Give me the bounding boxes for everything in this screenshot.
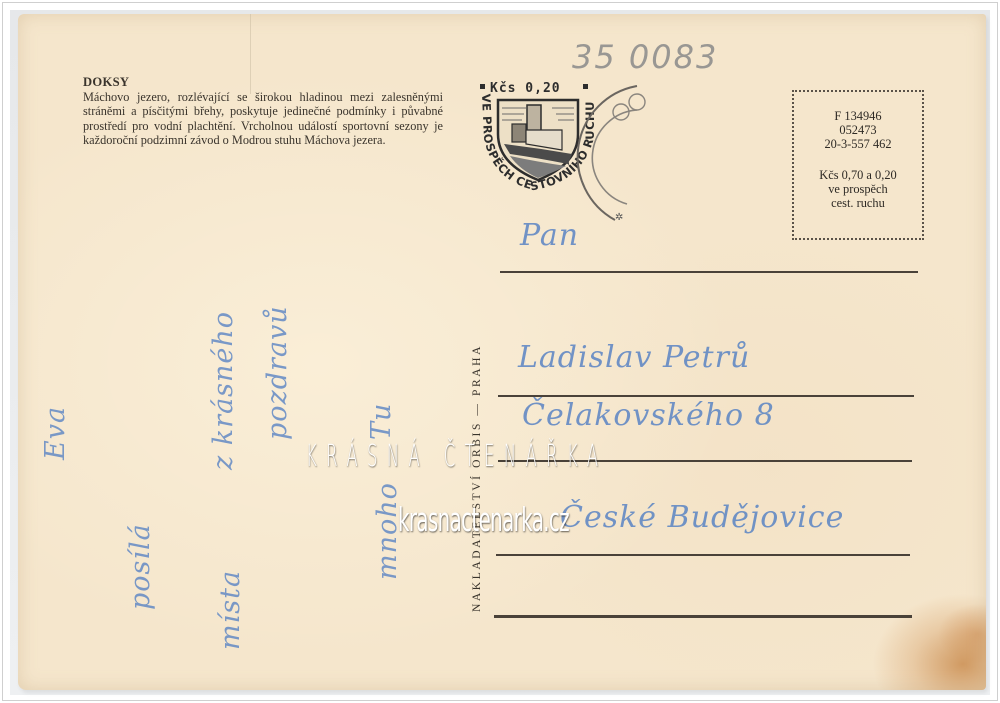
address-line (498, 395, 914, 397)
info-price-line: ve prospěch (794, 182, 922, 196)
info-codes: F 134946 052473 20-3-557 462 (794, 109, 922, 151)
info-price: Kčs 0,70 a 0,20 ve prospěch cest. ruchu (794, 168, 922, 210)
info-code-f: F 134946 (794, 109, 922, 123)
info-code-number: 052473 (794, 123, 922, 137)
info-price-line: Kčs 0,70 a 0,20 (794, 168, 922, 182)
handwritten-address-line: České Budějovice (560, 500, 844, 535)
handwritten-message-line: posílá (125, 523, 156, 610)
description-text: Máchovo jezero, rozlévající se širokou h… (83, 90, 443, 148)
info-code-series: 20-3-557 462 (794, 137, 922, 151)
handwritten-address-line: Ladislav Petrů (518, 340, 750, 375)
handwritten-message-line: Tu (366, 403, 397, 440)
postmark-circle-icon: ✲ (575, 80, 725, 230)
info-box: F 134946 052473 20-3-557 462 Kčs 0,70 a … (792, 90, 924, 240)
handwritten-message-line: místa (215, 570, 246, 650)
description-title: DOKSY (83, 75, 443, 90)
publisher-text: NAKLADATELSTVÍ ORBIS — PRAHA (471, 344, 483, 612)
address-line (500, 271, 918, 273)
watermark-url: krasnactenarka.cz (398, 500, 569, 539)
info-price-line: cest. ruchu (794, 196, 922, 210)
address-line (496, 554, 910, 556)
stamp-value: Kčs 0,20 (490, 81, 561, 96)
watermark-brand: KRÁSNÁ ČTENÁŘKA (306, 439, 607, 474)
handwritten-message-line: pozdravů (262, 305, 293, 440)
svg-text:✲: ✲ (615, 212, 623, 223)
inventory-number: 35 0083 (572, 38, 718, 76)
handwritten-message-line: Eva (40, 406, 71, 460)
description-block: DOKSY Máchovo jezero, rozlévající se šir… (83, 75, 443, 148)
handwritten-address-line: Čelakovského 8 (522, 398, 775, 433)
postmark: ✲ (575, 80, 725, 230)
address-line-thick (494, 615, 912, 618)
handwritten-address-line: Pan (520, 218, 579, 253)
handwritten-message-line: z krásného (208, 311, 239, 470)
